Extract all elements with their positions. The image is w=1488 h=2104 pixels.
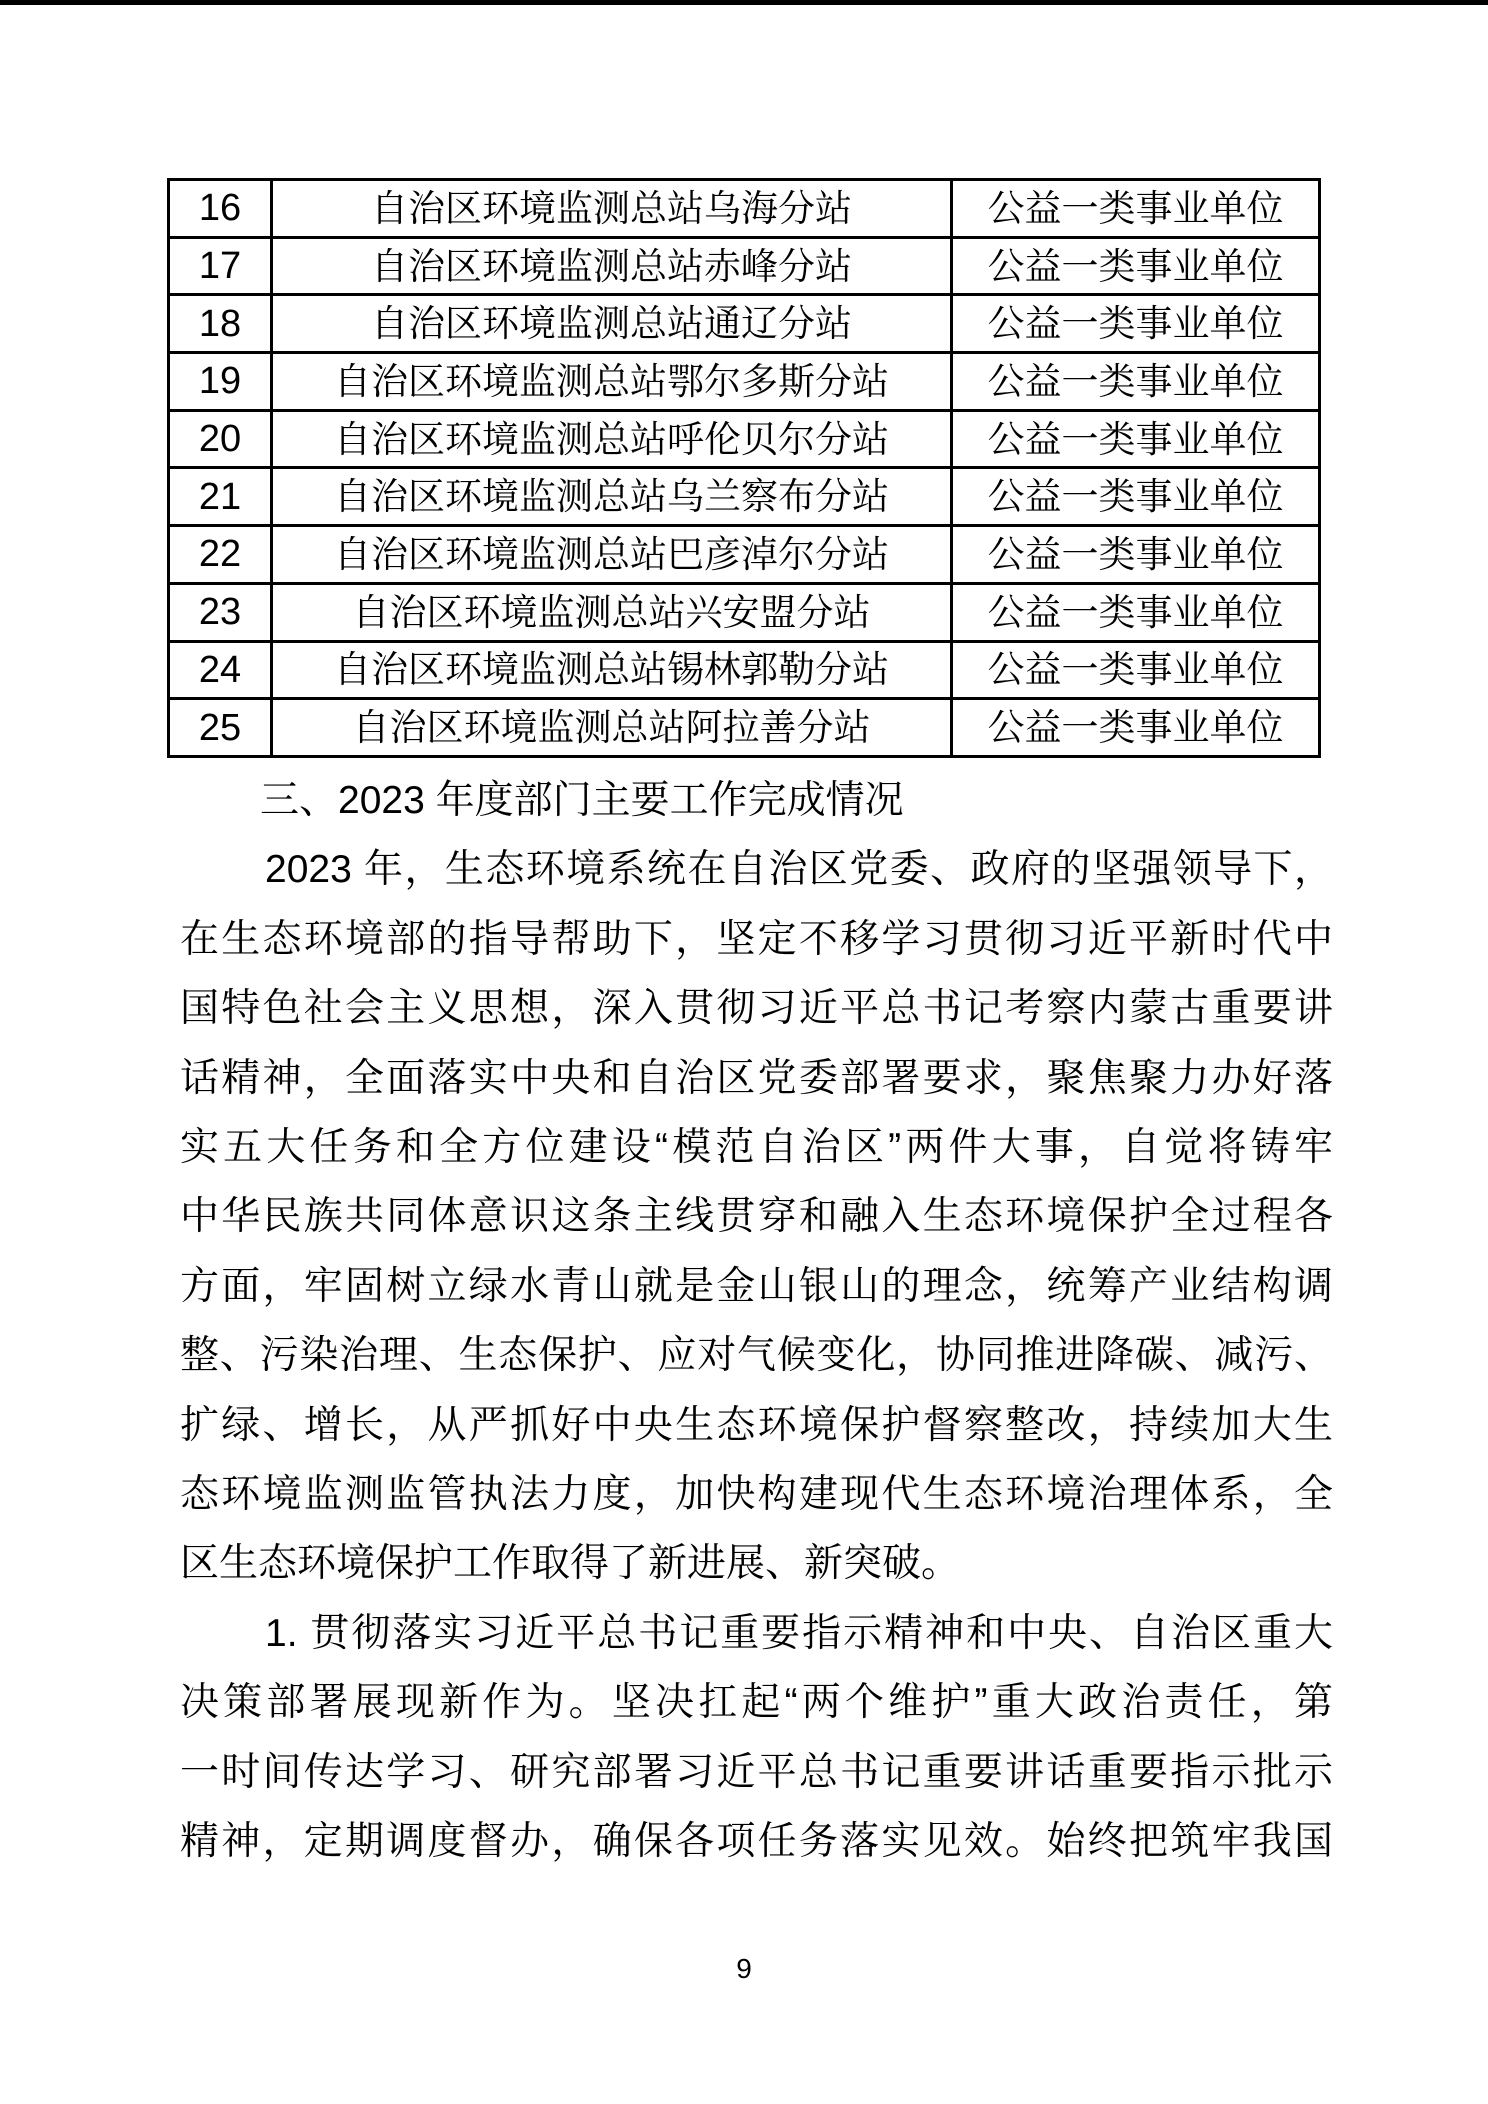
table-row: 20自治区环境监测总站呼伦贝尔分站公益一类事业单位 — [169, 410, 1320, 468]
cell-unit-name: 自治区环境监测总站呼伦贝尔分站 — [272, 410, 952, 468]
body-text: 三、2023 年度部门主要工作完成情况 2023 年，生态环境系统在自治区党委、… — [180, 766, 1333, 1877]
table-row: 22自治区环境监测总站巴彦淖尔分站公益一类事业单位 — [169, 526, 1320, 584]
table-row: 17自治区环境监测总站赤峰分站公益一类事业单位 — [169, 237, 1320, 295]
paragraph-1-line: 在生态环境部的指导帮助下，坚定不移学习贯彻习近平新时代中 — [180, 905, 1333, 974]
table-row: 16自治区环境监测总站乌海分站公益一类事业单位 — [169, 180, 1320, 238]
cell-row-number: 19 — [169, 353, 272, 411]
paragraph-1-line: 中华民族共同体意识这条主线贯穿和融入生态环境保护全过程各 — [180, 1182, 1333, 1251]
section-heading: 三、2023 年度部门主要工作完成情况 — [180, 766, 1333, 835]
cell-unit-type: 公益一类事业单位 — [952, 295, 1320, 353]
paragraph-1-line: 区生态环境保护工作取得了新进展、新突破。 — [180, 1529, 1333, 1598]
paragraph-1-line: 方面，牢固树立绿水青山就是金山银山的理念，统筹产业结构调 — [180, 1252, 1333, 1321]
table-row: 25自治区环境监测总站阿拉善分站公益一类事业单位 — [169, 699, 1320, 757]
cell-unit-type: 公益一类事业单位 — [952, 180, 1320, 238]
cell-unit-name: 自治区环境监测总站阿拉善分站 — [272, 699, 952, 757]
document-page: 16自治区环境监测总站乌海分站公益一类事业单位17自治区环境监测总站赤峰分站公益… — [0, 0, 1488, 2104]
paragraph-2-line: 决策部署展现新作为。坚决扛起“两个维护”重大政治责任，第 — [180, 1668, 1333, 1737]
cell-unit-type: 公益一类事业单位 — [952, 526, 1320, 584]
top-black-bar — [0, 0, 1488, 5]
cell-unit-name: 自治区环境监测总站通辽分站 — [272, 295, 952, 353]
paragraph-1-line: 态环境监测监管执法力度，加快构建现代生态环境治理体系，全 — [180, 1460, 1333, 1529]
paragraph-1-line: 2023 年，生态环境系统在自治区党委、政府的坚强领导下， — [180, 835, 1333, 904]
paragraph-1-line: 话精神，全面落实中央和自治区党委部署要求，聚焦聚力办好落 — [180, 1044, 1333, 1113]
cell-unit-name: 自治区环境监测总站鄂尔多斯分站 — [272, 353, 952, 411]
cell-row-number: 16 — [169, 180, 272, 238]
cell-unit-name: 自治区环境监测总站乌海分站 — [272, 180, 952, 238]
table-row: 24自治区环境监测总站锡林郭勒分站公益一类事业单位 — [169, 641, 1320, 699]
cell-unit-type: 公益一类事业单位 — [952, 583, 1320, 641]
cell-row-number: 21 — [169, 468, 272, 526]
cell-row-number: 18 — [169, 295, 272, 353]
cell-unit-type: 公益一类事业单位 — [952, 468, 1320, 526]
cell-row-number: 23 — [169, 583, 272, 641]
roster-table-body: 16自治区环境监测总站乌海分站公益一类事业单位17自治区环境监测总站赤峰分站公益… — [169, 180, 1320, 757]
cell-unit-name: 自治区环境监测总站乌兰察布分站 — [272, 468, 952, 526]
table-row: 23自治区环境监测总站兴安盟分站公益一类事业单位 — [169, 583, 1320, 641]
cell-row-number: 20 — [169, 410, 272, 468]
cell-unit-type: 公益一类事业单位 — [952, 410, 1320, 468]
paragraph-1-line: 实五大任务和全方位建设“模范自治区”两件大事，自觉将铸牢 — [180, 1113, 1333, 1182]
table-row: 18自治区环境监测总站通辽分站公益一类事业单位 — [169, 295, 1320, 353]
cell-row-number: 22 — [169, 526, 272, 584]
paragraph-1-line: 国特色社会主义思想，深入贯彻习近平总书记考察内蒙古重要讲 — [180, 974, 1333, 1043]
cell-unit-type: 公益一类事业单位 — [952, 353, 1320, 411]
cell-unit-name: 自治区环境监测总站兴安盟分站 — [272, 583, 952, 641]
cell-row-number: 25 — [169, 699, 272, 757]
table-row: 19自治区环境监测总站鄂尔多斯分站公益一类事业单位 — [169, 353, 1320, 411]
cell-row-number: 17 — [169, 237, 272, 295]
cell-unit-name: 自治区环境监测总站锡林郭勒分站 — [272, 641, 952, 699]
paragraph-2-line: 精神，定期调度督办，确保各项任务落实见效。始终把筑牢我国 — [180, 1807, 1333, 1876]
cell-unit-type: 公益一类事业单位 — [952, 641, 1320, 699]
unit-roster-table: 16自治区环境监测总站乌海分站公益一类事业单位17自治区环境监测总站赤峰分站公益… — [167, 178, 1321, 758]
paragraph-1-line: 扩绿、增长，从严抓好中央生态环境保护督察整改，持续加大生 — [180, 1391, 1333, 1460]
paragraph-2-line: 一时间传达学习、研究部署习近平总书记重要讲话重要指示批示 — [180, 1738, 1333, 1807]
paragraph-2-line: 1. 贯彻落实习近平总书记重要指示精神和中央、自治区重大 — [180, 1599, 1333, 1668]
cell-unit-name: 自治区环境监测总站赤峰分站 — [272, 237, 952, 295]
cell-unit-name: 自治区环境监测总站巴彦淖尔分站 — [272, 526, 952, 584]
paragraph-1-line: 整、污染治理、生态保护、应对气候变化，协同推进降碳、减污、 — [180, 1321, 1333, 1390]
cell-row-number: 24 — [169, 641, 272, 699]
cell-unit-type: 公益一类事业单位 — [952, 237, 1320, 295]
page-number: 9 — [0, 1952, 1488, 1986]
cell-unit-type: 公益一类事业单位 — [952, 699, 1320, 757]
table-row: 21自治区环境监测总站乌兰察布分站公益一类事业单位 — [169, 468, 1320, 526]
